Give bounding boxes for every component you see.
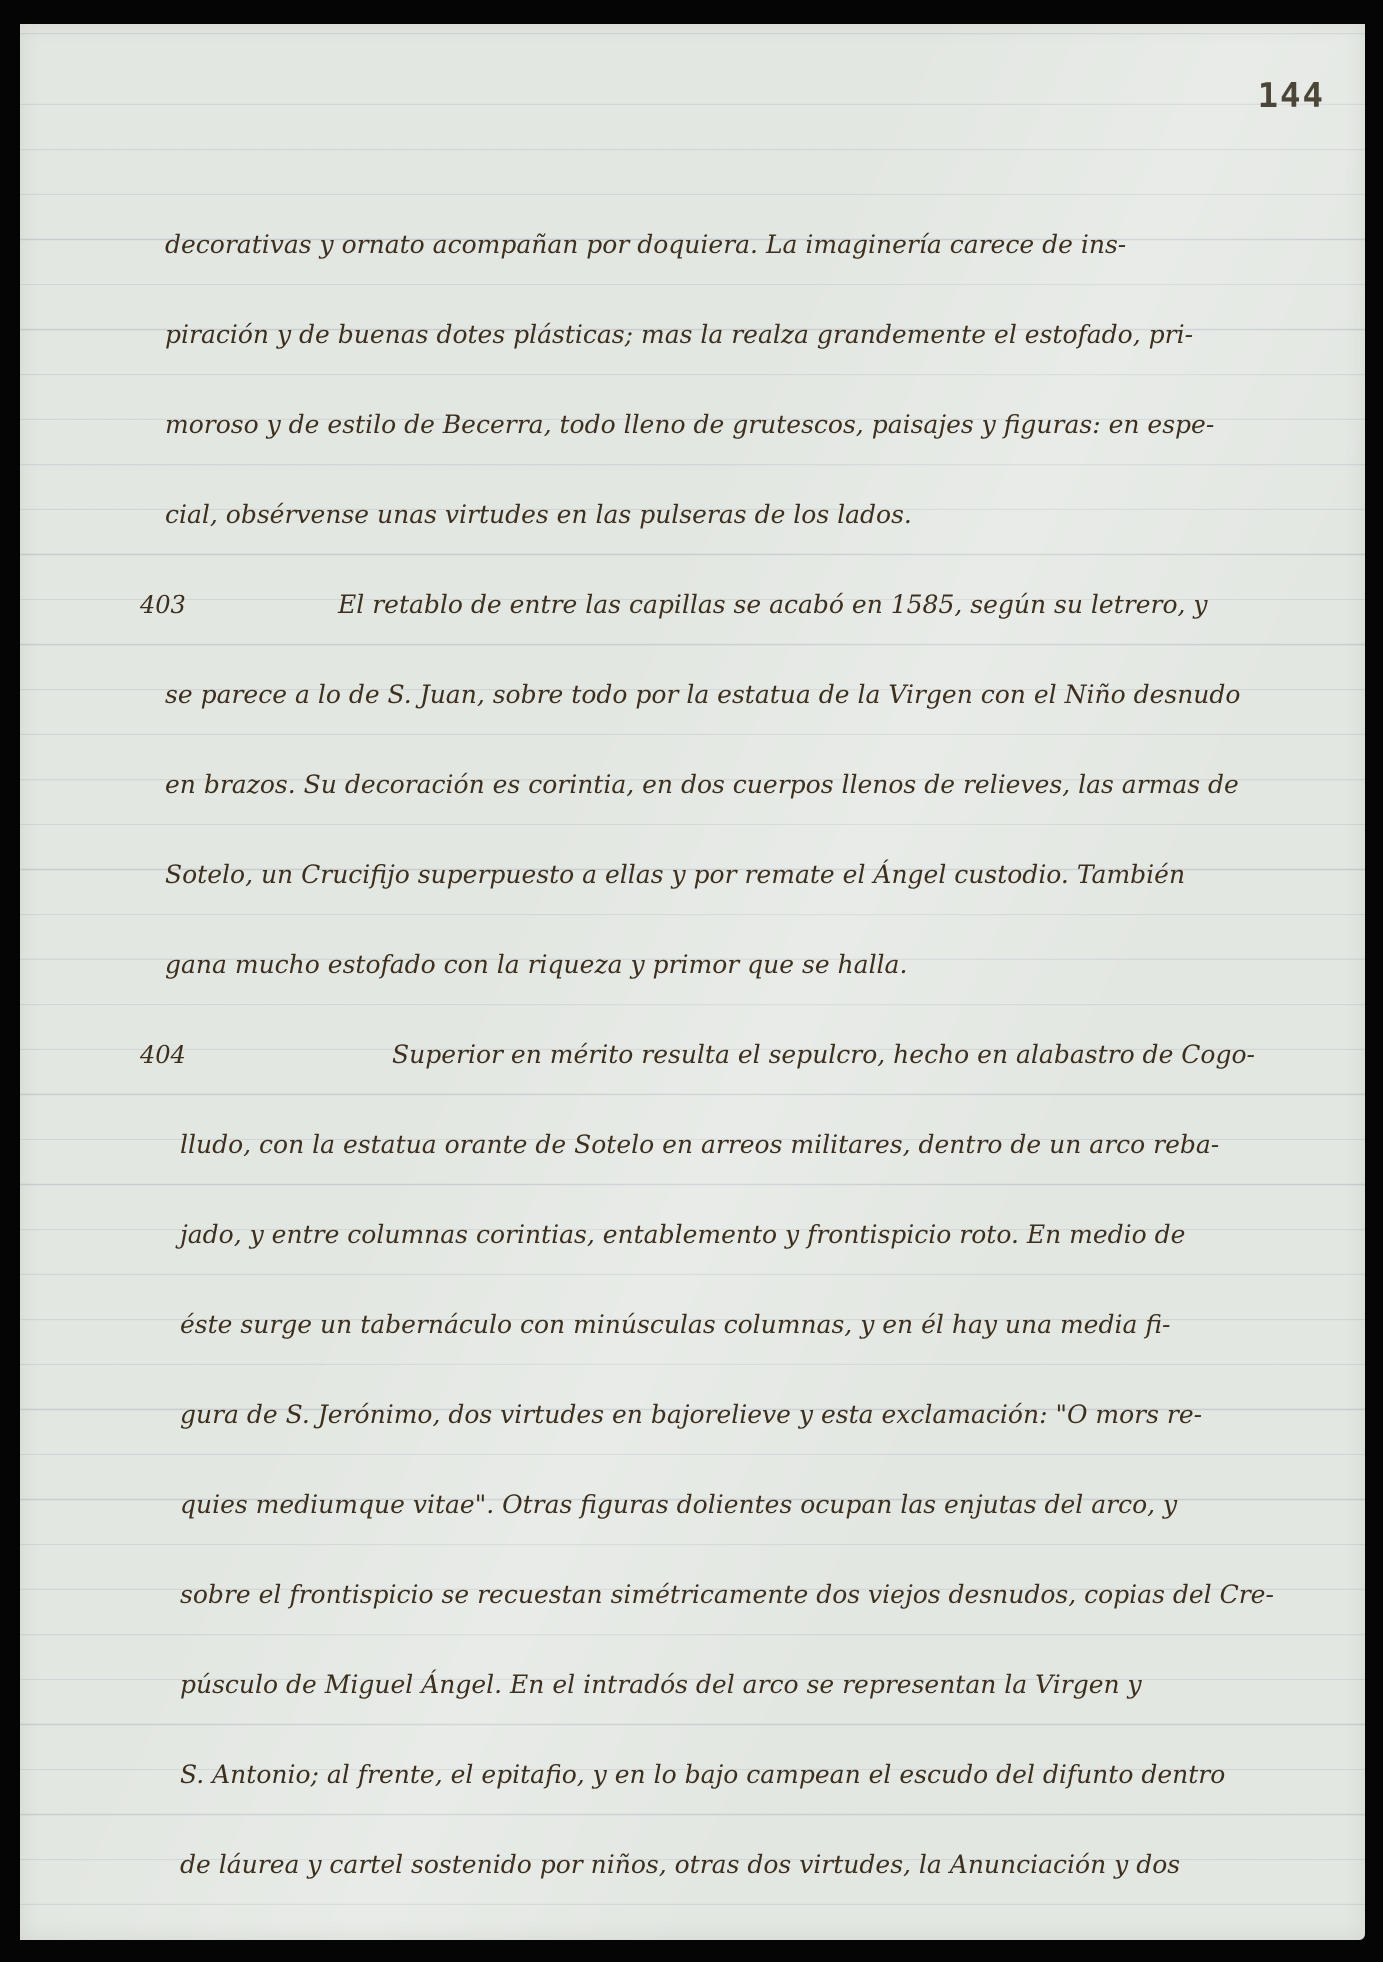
line-text: gana mucho estofado con la riqueza y pri… xyxy=(165,950,907,979)
line-text: jado, y entre columnas corintias, entabl… xyxy=(180,1220,1185,1249)
line-text: éste surge un tabernáculo con minúsculas… xyxy=(180,1310,1170,1339)
line-text: gura de S. Jerónimo, dos virtudes en baj… xyxy=(180,1400,1202,1429)
line-text: El retablo de entre las capillas se acab… xyxy=(338,590,1208,619)
line-text: quies mediumque vitae". Otras figuras do… xyxy=(180,1490,1177,1519)
text-line: púsculo de Miguel Ángel. En el intradós … xyxy=(20,1649,1365,1709)
text-line: de láurea y cartel sostenido por niños, … xyxy=(20,1829,1365,1889)
line-text: se parece a lo de S. Juan, sobre todo po… xyxy=(165,680,1240,709)
line-text: de láurea y cartel sostenido por niños, … xyxy=(180,1850,1180,1879)
text-line: se parece a lo de S. Juan, sobre todo po… xyxy=(20,659,1365,719)
line-text: Sotelo, un Crucifijo superpuesto a ellas… xyxy=(165,860,1185,889)
text-line: gana mucho estofado con la riqueza y pri… xyxy=(20,929,1365,989)
folio-number: 144 xyxy=(1258,76,1325,116)
line-text: decorativas y ornato acompañan por doqui… xyxy=(165,230,1126,259)
text-line: moroso y de estilo de Becerra, todo llen… xyxy=(20,389,1365,449)
text-line: en brazos. Su decoración es corintia, en… xyxy=(20,749,1365,809)
line-text: sobre el frontispicio se recuestan simét… xyxy=(180,1580,1274,1609)
paragraph-start-line: 404 Superior en mérito resulta el sepulc… xyxy=(20,1019,1365,1079)
text-line: Sotelo, un Crucifijo superpuesto a ellas… xyxy=(20,839,1365,899)
line-text: moroso y de estilo de Becerra, todo llen… xyxy=(165,410,1214,439)
text-line: decorativas y ornato acompañan por doqui… xyxy=(20,209,1365,269)
text-line: éste surge un tabernáculo con minúsculas… xyxy=(20,1289,1365,1349)
line-text: piración y de buenas dotes plásticas; ma… xyxy=(165,320,1193,349)
text-line: lludo, con la estatua orante de Sotelo e… xyxy=(20,1109,1365,1169)
text-line: sobre el frontispicio se recuestan simét… xyxy=(20,1559,1365,1619)
paragraph-number: 404 xyxy=(140,1041,186,1069)
line-text: Superior en mérito resulta el sepulcro, … xyxy=(392,1040,1255,1069)
line-text: cial, obsérvense unas virtudes en las pu… xyxy=(165,500,912,529)
paragraph-start-line: 403 El retablo de entre las capillas se … xyxy=(20,569,1365,629)
line-text: lludo, con la estatua orante de Sotelo e… xyxy=(180,1130,1219,1159)
text-line: gura de S. Jerónimo, dos virtudes en baj… xyxy=(20,1379,1365,1439)
line-text: S. Antonio; al frente, el epitafio, y en… xyxy=(180,1760,1225,1789)
line-text: púsculo de Miguel Ángel. En el intradós … xyxy=(180,1670,1142,1699)
paragraph-number: 403 xyxy=(140,591,186,619)
text-line: cial, obsérvense unas virtudes en las pu… xyxy=(20,479,1365,539)
text-line: quies mediumque vitae". Otras figuras do… xyxy=(20,1469,1365,1529)
text-line: jado, y entre columnas corintias, entabl… xyxy=(20,1199,1365,1259)
manuscript-page: 144 decorativas y ornato acompañan por d… xyxy=(20,24,1365,1940)
text-line: piración y de buenas dotes plásticas; ma… xyxy=(20,299,1365,359)
line-text: en brazos. Su decoración es corintia, en… xyxy=(165,770,1239,799)
text-line: S. Antonio; al frente, el epitafio, y en… xyxy=(20,1739,1365,1799)
